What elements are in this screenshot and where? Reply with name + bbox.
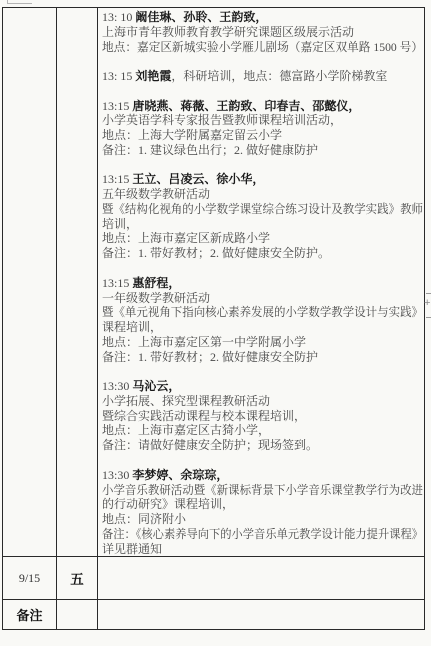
schedule-text: 地点：上海市嘉定区古猗小学，	[102, 423, 270, 437]
schedule-text: 课程培训，	[102, 320, 162, 334]
schedule-line: 培训，	[102, 217, 423, 232]
schedule-text: 备注：《核心素养导向下的小学音乐单元教学设计能力提升课程》	[102, 527, 423, 541]
schedule-text: 地点：上海大学附属嘉定留云小学	[102, 128, 282, 142]
schedule-text: 的行动研究》课程培训，	[102, 497, 234, 511]
schedule-text: 地点：嘉定区新城实验小学雁儿剧场（嘉定区双单路 1500 号）	[102, 40, 423, 54]
schedule-line: 地点：上海市嘉定区第一中学附属小学	[102, 335, 423, 350]
cropped-row-border-artifact	[7, 0, 32, 4]
margin-handle-dash-icon	[426, 317, 431, 318]
schedule-text: 小学英语学科专家报告暨教师课程培训活动，	[102, 113, 342, 127]
note-label: 备注	[16, 605, 42, 624]
schedule-line: 地点：嘉定区新城实验小学雁儿剧场（嘉定区双单路 1500 号）	[102, 40, 414, 55]
schedule-line: 备注：《核心素养导向下的小学音乐单元教学设计能力提升课程》	[102, 527, 403, 542]
note-content-empty	[98, 600, 424, 629]
schedule-line: 备注：1. 带好教材；2. 做好健康安全防护。	[102, 246, 423, 261]
schedule-text: 13:30	[102, 468, 132, 482]
schedule-line: 一年级数学教研活动	[102, 291, 423, 306]
note-row: 备注	[3, 600, 424, 629]
schedule-line: 13: 10 阚佳琳、孙聆、王韵致，	[102, 10, 423, 25]
note-label-cell: 备注	[3, 600, 57, 629]
schedule-text: 备注：1. 建议绿色出行；2. 做好健康防护	[102, 143, 318, 157]
teacher-names: 刘艳霞	[135, 69, 171, 83]
schedule-text: 13:15	[102, 172, 132, 186]
margin-handle-plus-icon[interactable]: +	[424, 297, 431, 309]
date-row-content-empty	[98, 557, 424, 599]
teacher-names: 李梦婷、余琮琮，	[132, 468, 228, 482]
weekday-value: 五	[70, 568, 84, 588]
teacher-names: 惠舒程，	[132, 276, 180, 290]
schedule-line: 地点：上海大学附属嘉定留云小学	[102, 128, 423, 143]
schedule-line: 课程培训，	[102, 320, 423, 335]
schedule-line: 暨《结构化视角的小学数学课堂综合练习设计及教学实践》教师	[102, 202, 409, 217]
schedule-table: 13: 10 阚佳琳、孙聆、王韵致，上海市青年教师教育教学研究课题区级展示活动地…	[2, 7, 425, 630]
schedule-line: 13:15 惠舒程，	[102, 276, 423, 291]
schedule-text: 13: 15	[102, 69, 135, 83]
schedule-text: 小学音乐教研活动暨《新课标背景下小学音乐课堂教学行为改进	[102, 483, 423, 497]
note-cell-empty	[57, 600, 98, 629]
schedule-line: 13:15 王立、吕凌云、徐小华，	[102, 172, 423, 187]
schedule-text: 暨《结构化视角的小学数学课堂综合练习设计及教学实践》教师	[102, 202, 423, 216]
schedule-text: 五年级数学教研活动	[102, 187, 210, 201]
schedule-text: 13:15	[102, 99, 132, 113]
blank-line	[102, 364, 423, 379]
teacher-names: 马沁云，	[132, 379, 180, 393]
schedule-line: 备注：请做好健康安全防护；现场签到。	[102, 438, 423, 453]
schedule-content-row: 13: 10 阚佳琳、孙聆、王韵致，上海市青年教师教育教学研究课题区级展示活动地…	[3, 8, 424, 557]
weekday-cell: 五	[57, 557, 98, 599]
schedule-text: 地点：上海市嘉定区新成路小学	[102, 231, 270, 245]
schedule-text: 备注：1. 带好教材；2. 做好健康安全防护。	[102, 246, 330, 260]
schedule-text: 小学拓展、探究型课程教研活动	[102, 394, 270, 408]
date-cell-empty	[3, 8, 57, 556]
schedule-line: 暨《单元视角下指向核心素养发展的小学数学教学设计与实践》	[102, 305, 409, 320]
weekday-cell-empty	[57, 8, 98, 556]
margin-handle-dash-icon	[426, 293, 431, 294]
schedule-text: 备注：请做好健康安全防护；现场签到。	[102, 438, 318, 452]
schedule-line: 暨综合实践活动课程与校本课程培训，	[102, 409, 423, 424]
blank-line	[102, 261, 423, 276]
teacher-names: 唐晓燕、蒋薇、王韵致、印春吉、邵懿仪，	[132, 99, 360, 113]
date-value: 9/15	[19, 571, 40, 586]
date-cell: 9/15	[3, 557, 57, 599]
schedule-line: 小学拓展、探究型课程教研活动	[102, 394, 423, 409]
schedule-text: 13: 10	[102, 10, 135, 24]
schedule-line: 详见群通知	[102, 542, 423, 556]
teacher-names: 阚佳琳、孙聆、王韵致，	[135, 10, 267, 24]
schedule-text: ，科研培训，地点：德富路小学阶梯教室	[171, 69, 387, 83]
schedule-text: 暨《单元视角下指向核心素养发展的小学数学教学设计与实践》	[102, 305, 423, 319]
schedule-text: 地点：同济附小	[102, 512, 186, 526]
date-row: 9/15 五	[3, 557, 424, 600]
schedule-text: 地点：上海市嘉定区第一中学附属小学	[102, 335, 306, 349]
schedule-line: 五年级数学教研活动	[102, 187, 423, 202]
schedule-line: 地点：同济附小	[102, 512, 423, 527]
schedule-text: 备注：1. 带好教材；2. 做好健康安全防护	[102, 350, 318, 364]
schedule-line: 13:15 唐晓燕、蒋薇、王韵致、印春吉、邵懿仪，	[102, 99, 423, 114]
schedule-line: 备注：1. 带好教材；2. 做好健康安全防护	[102, 350, 423, 365]
schedule-text: 13:15	[102, 276, 132, 290]
teacher-names: 王立、吕凌云、徐小华，	[132, 172, 264, 186]
schedule-text: 培训，	[102, 217, 138, 231]
schedule-line: 地点：上海市嘉定区新成路小学	[102, 231, 423, 246]
document-page: 13: 10 阚佳琳、孙聆、王韵致，上海市青年教师教育教学研究课题区级展示活动地…	[0, 0, 431, 646]
schedule-line: 的行动研究》课程培训，	[102, 497, 423, 512]
schedule-line: 备注：1. 建议绿色出行；2. 做好健康防护	[102, 143, 423, 158]
schedule-text: 13:30	[102, 379, 132, 393]
schedule-line: 13: 15 刘艳霞，科研培训，地点：德富路小学阶梯教室	[102, 69, 423, 84]
schedule-line: 地点：上海市嘉定区古猗小学，	[102, 423, 423, 438]
blank-line	[102, 84, 423, 99]
schedule-text: 上海市青年教师教育教学研究课题区级展示活动	[102, 25, 354, 39]
schedule-line: 小学音乐教研活动暨《新课标背景下小学音乐课堂教学行为改进	[102, 483, 409, 498]
schedule-line: 13:30 马沁云，	[102, 379, 423, 394]
blank-line	[102, 453, 423, 468]
schedule-line: 上海市青年教师教育教学研究课题区级展示活动	[102, 25, 423, 40]
schedule-text: 一年级数学教研活动	[102, 291, 210, 305]
blank-line	[102, 54, 423, 69]
schedule-text: 暨综合实践活动课程与校本课程培训，	[102, 409, 306, 423]
schedule-activities-cell: 13: 10 阚佳琳、孙聆、王韵致，上海市青年教师教育教学研究课题区级展示活动地…	[98, 8, 424, 556]
schedule-line: 13:30 李梦婷、余琮琮，	[102, 468, 423, 483]
blank-line	[102, 158, 423, 173]
schedule-text: 详见群通知	[102, 542, 162, 556]
schedule-line: 小学英语学科专家报告暨教师课程培训活动，	[102, 113, 423, 128]
